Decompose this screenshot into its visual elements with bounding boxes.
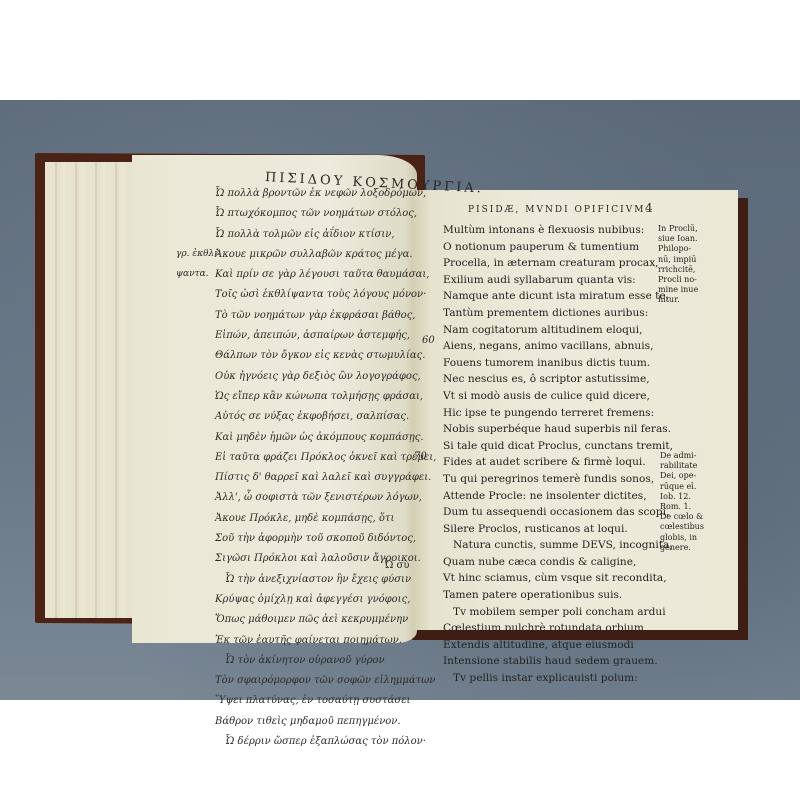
note-line: genere. [660, 543, 720, 553]
note-line: Philopo- [658, 244, 718, 254]
text-line: O notionum pauperum & tumentium [443, 239, 643, 256]
note-line: Dei, ope- [660, 471, 720, 481]
text-line: Natura cunctis, summe DEVS, incognita, [443, 537, 643, 554]
note-line: globis, in [660, 533, 720, 543]
text-line: Vt si modò ausis de culice quid dicere, [443, 388, 643, 405]
greek-text: Ὦ πολλὰ βροντῶν ἐκ νεφῶν λοξοδρόμων, Ὦ π… [215, 184, 415, 752]
text-line: Κρύψας ὁμίχλῃ καὶ ἀφεγγέσι γνόφοις, [215, 590, 415, 610]
text-line: Aiens, negans, animo vacillans, abnuis, [443, 338, 643, 355]
text-line: Ἀλλ', ὦ σοφιστὰ τῶν ξενιστέρων λόγων, [215, 488, 415, 508]
text-line: Fouens tumorem inanibus dictis tuum. [443, 355, 643, 372]
text-line: Εἰ ταῦτα φράζει Πρόκλος ὀκνεῖ καὶ τρέμει… [215, 448, 415, 468]
text-line: Ὡς εἴπερ κἂν κώνωπα τολμήσῃς φράσαι, [215, 387, 415, 407]
text-line: Extendis altitudine, atque eiusmodi [443, 637, 643, 654]
note-line: Iob. 12. [660, 492, 720, 502]
note-line: In Proclū, [658, 224, 718, 234]
text-line: Attende Procle: ne insolenter dictites, [443, 488, 643, 505]
text-line: Hic ipse te pungendo terreret fremens: [443, 405, 643, 422]
text-line: Tv mobilem semper poli concham ardui [443, 604, 643, 621]
text-line: Καὶ πρίν σε γὰρ λέγουσι ταῦτα θαυμάσαι, [215, 265, 415, 285]
text-line: Ἀκουε μικρῶν συλλαβῶν κράτος μέγα. [215, 245, 415, 265]
text-line: Nec nescius es, ô scriptor astutissime, [443, 371, 643, 388]
note-line: rūque eī. [660, 482, 720, 492]
note-line: rrichcitē, [658, 265, 718, 275]
text-line: Ὅπως μάθοιμεν πῶς ἀεὶ κεκρυμμένην [215, 610, 415, 630]
text-line: Ὦ δέρριν ὥσπερ ἐξαπλώσας τὸν πόλον· [215, 732, 415, 752]
folio-number: 4 [645, 201, 653, 215]
text-line: Nam cogitatorum altitudinem eloqui, [443, 322, 643, 339]
text-line: Silere Proclos, rusticanos at loqui. [443, 521, 643, 538]
text-line: Procella, in æternam creaturam procax, [443, 255, 643, 272]
line-number: 60 [422, 335, 435, 346]
text-line: Tantùm prementem dictiones auribus: [443, 305, 643, 322]
latin-text: Multùm intonans è flexuosis nubibus: O n… [443, 222, 643, 687]
note-line: siue Ioan. [658, 234, 718, 244]
text-line: Ὦ τὴν ἀνεξιχνίαστον ἣν ἔχεις φύσιν [215, 570, 415, 590]
text-line: Τοῖς ὠσὶ ἐκθλίψαντα τοὺς λόγους μόνον· [215, 285, 415, 305]
text-line: Πίστις δ' θαρρεῖ καὶ λαλεῖ καὶ συγγράφει… [215, 468, 415, 488]
note-line: ψαντα. [176, 264, 221, 284]
text-line: Ὦ τὸν ἀκίνητον οὐρανοῦ γύρον [215, 651, 415, 671]
marginal-note-proclus: In Proclū, siue Ioan. Philopo- nū, impiū… [658, 224, 718, 306]
text-line: Ὕψει πλατύνας, ἐν τοσαύτῃ συστάσει [215, 691, 415, 711]
note-line: nū, impiū [658, 255, 718, 265]
text-line: Nobis superbéque haud superbis nil feras… [443, 421, 643, 438]
text-line: Ὦ πολλὰ βροντῶν ἐκ νεφῶν λοξοδρόμων, [215, 184, 415, 204]
note-line: Procli no- [658, 275, 718, 285]
note-line: rabilitate [660, 461, 720, 471]
marginal-note-admirabilitate: De admi- rabilitate Dei, ope- rūque eī. … [660, 451, 720, 553]
text-line: Dum tu assequendi occasionem das scopi, [443, 504, 643, 521]
note-line: Rom. 1. [660, 502, 720, 512]
text-line: Οὐκ ἠγνόεις γὰρ δεξιὸς ὢν λογογράφος, [215, 367, 415, 387]
text-line: Ἐκ τῶν ἑαυτῆς φαίνεται ποιημάτων. [215, 631, 415, 651]
text-line: Ἀκουε Πρόκλε, μηδὲ κομπάσῃς, ὅτι [215, 509, 415, 529]
text-line: Εἰπών, ἀπειπών, ἀσπαίρων ἀστεμφής, [215, 326, 415, 346]
note-line: γρ. ἐκθλί- [176, 244, 221, 264]
note-line: De cœlo & [660, 512, 720, 522]
text-line: Σοῦ τὴν ἀφορμὴν τοῦ σκοποῦ διδόντος, [215, 529, 415, 549]
note-line: cœlestibus [660, 522, 720, 532]
left-margin-note: γρ. ἐκθλί- ψαντα. [176, 244, 221, 284]
text-line: Vt hinc sciamus, cùm vsque sit recondita… [443, 570, 643, 587]
text-line: Θάλπων τὸν ὄγκον εἰς κενὰς στωμυλίας. [215, 346, 415, 366]
text-line: Tu qui peregrinos temerè fundis sonos, [443, 471, 643, 488]
text-line: Exilium audi syllabarum quanta vis: [443, 272, 643, 289]
text-line: Fides at audet scribere & firmè loqui. [443, 454, 643, 471]
text-line: Ὦ πτωχόκομπος τῶν νοημάτων στόλος, [215, 204, 415, 224]
page-fore-edge [45, 162, 145, 618]
text-line: Tamen patere operationibus suis. [443, 587, 643, 604]
text-line: Quam nube cæca condis & caligine, [443, 554, 643, 571]
text-line: Τὸ τῶν νοημάτων γὰρ ἐκφράσαι βάθος, [215, 306, 415, 326]
note-line: hitur. [658, 295, 718, 305]
text-line: Cœlestium pulchrè rotundata orbium [443, 620, 643, 637]
right-running-head: PISIDÆ, MVNDI OPIFICIVM. [468, 205, 650, 215]
text-line: Namque ante dicunt ista miratum esse te, [443, 288, 643, 305]
text-line: Καὶ μηδὲν ἡμῶν ὡς ἀκόμπους κομπάσῃς. [215, 428, 415, 448]
note-line: mine inue [658, 285, 718, 295]
text-line: Αὐτός σε νύξας ἐκφοβήσει, σαλπίσας. [215, 407, 415, 427]
text-line: Multùm intonans è flexuosis nubibus: [443, 222, 643, 239]
text-line: Τὸν σφαιρόμορφον τῶν σοφῶν εἰλημμάτων [215, 671, 415, 691]
note-line: De admi- [660, 451, 720, 461]
catchword: Ὦ σὺ [384, 560, 409, 571]
line-number: 70 [414, 451, 427, 462]
text-line: Si tale quid dicat Proclus, cunctans tre… [443, 438, 643, 455]
text-line: Intensione stabilis haud sedem grauem. [443, 653, 643, 670]
text-line: Βάθρον τιθεὶς μηδαμοῦ πεπηγμένον. [215, 712, 415, 732]
text-line: Tv pellis instar explicauisti polum: [443, 670, 643, 687]
text-line: Ὦ πολλὰ τολμῶν εἰς ἀΐδιον κτίσιν, [215, 225, 415, 245]
